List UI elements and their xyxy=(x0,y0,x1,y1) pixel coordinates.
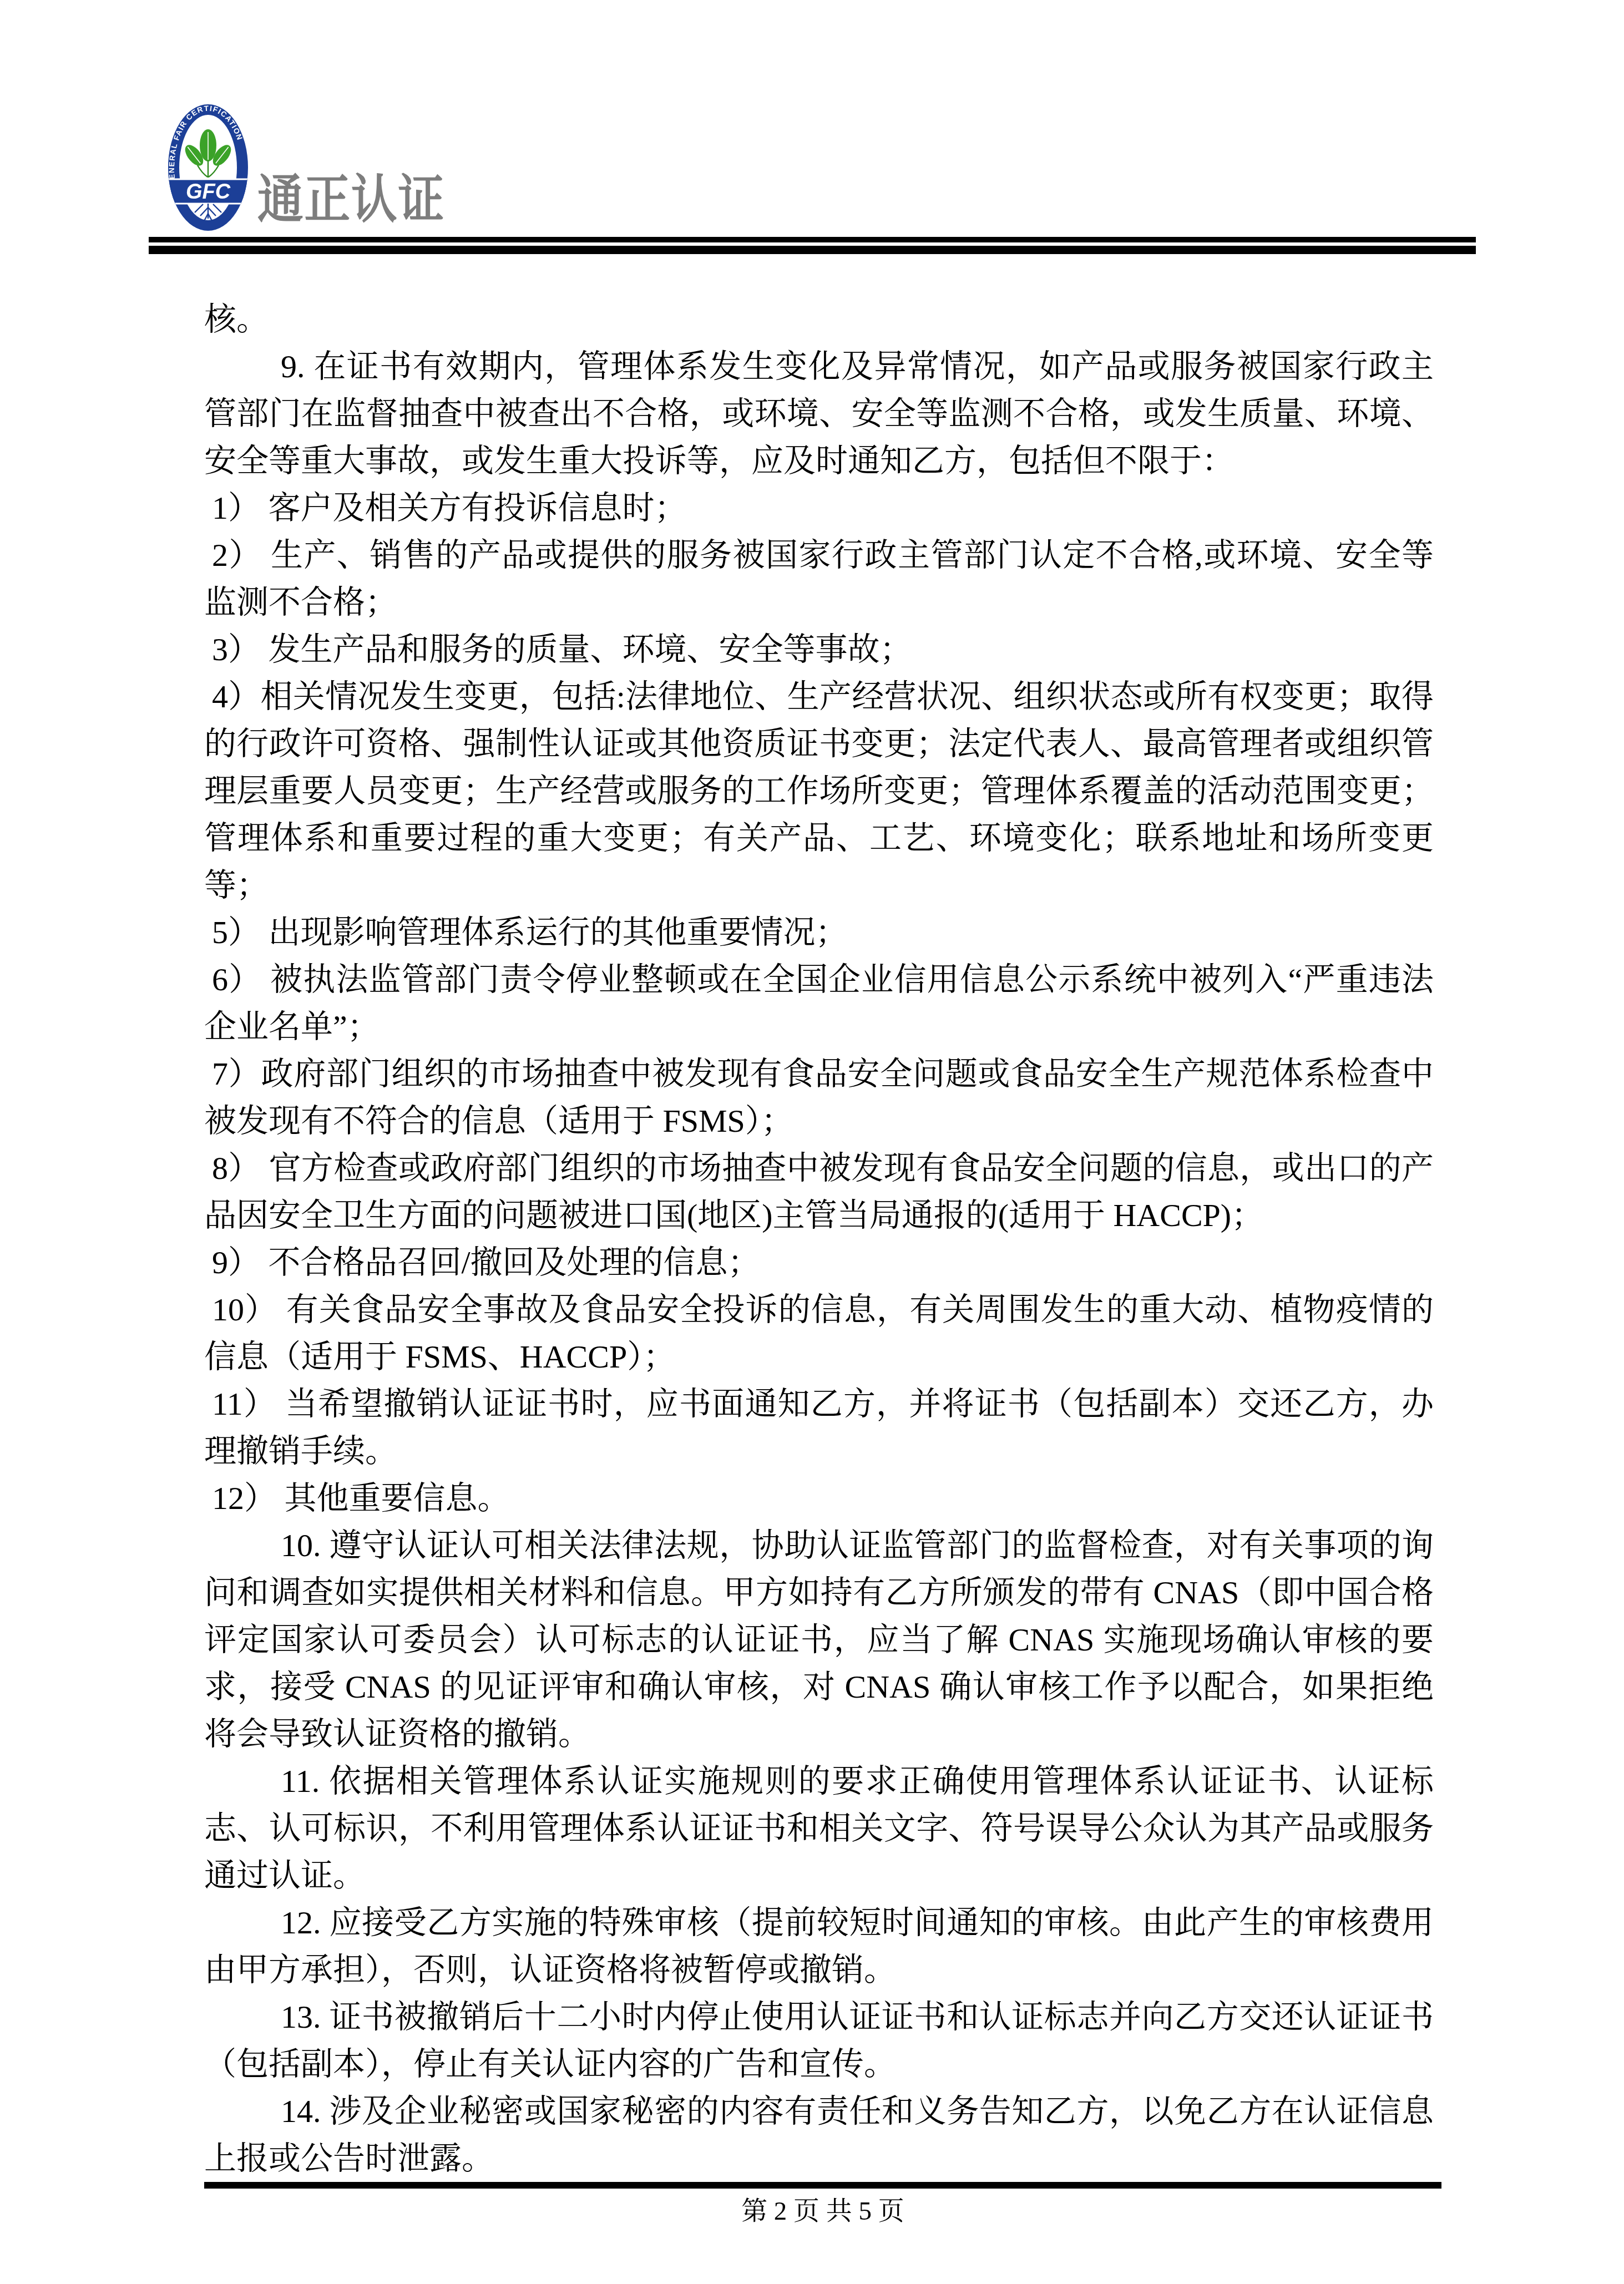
paragraph: 14. 涉及企业秘密或国家秘密的内容有责任和义务告知乙方，以免乙方在认证信息上报… xyxy=(204,2088,1434,2182)
list-item: 6） 被执法监管部门责令停业整顿或在全国企业信用信息公示系统中被列入“严重违法企… xyxy=(204,956,1434,1050)
list-item: 9） 不合格品召回/撤回及处理的信息； xyxy=(204,1239,1434,1286)
paragraph: 9. 在证书有效期内，管理体系发生变化及异常情况，如产品或服务被国家行政主管部门… xyxy=(204,343,1434,484)
header-divider-bottom-line xyxy=(149,246,1476,254)
list-item: 12） 其他重要信息。 xyxy=(204,1475,1434,1522)
list-item: 7）政府部门组织的市场抽查中被发现有食品安全问题或食品安全生产规范体系检查中被发… xyxy=(204,1050,1434,1144)
paragraph: 核。 xyxy=(204,296,1434,343)
list-item: 8） 官方检查或政府部门组织的市场抽查中被发现有食品安全问题的信息，或出口的产品… xyxy=(204,1144,1434,1239)
company-logo: GENERAL FAIR CERTIFICATION GFC xyxy=(168,103,249,232)
document-body: 核。9. 在证书有效期内，管理体系发生变化及异常情况，如产品或服务被国家行政主管… xyxy=(204,296,1434,2182)
paragraph: 12. 应接受乙方实施的特殊审核（提前较短时间通知的审核。由此产生的审核费用由甲… xyxy=(204,1899,1434,1993)
page-number: 第 2 页 共 5 页 xyxy=(204,2195,1441,2228)
list-item: 11） 当希望撤销认证证书时，应书面通知乙方，并将证书（包括副本）交还乙方，办理… xyxy=(204,1380,1434,1475)
page: { "page": { "width": 2927, "height": 411… xyxy=(0,0,1624,2284)
list-item: 5） 出现影响管理体系运行的其他重要情况； xyxy=(204,909,1434,956)
list-item: 1） 客户及相关方有投诉信息时； xyxy=(204,484,1434,531)
page-header: GENERAL FAIR CERTIFICATION GFC xyxy=(0,0,1624,261)
brand-name: 通正认证 xyxy=(257,171,445,228)
header-divider-top-line xyxy=(149,237,1476,242)
paragraph: 10. 遵守认证认可相关法律法规，协助认证监管部门的监督检查，对有关事项的询问和… xyxy=(204,1522,1434,1758)
paragraph: 11. 依据相关管理体系认证实施规则的要求正确使用管理体系认证证书、认证标志、认… xyxy=(204,1758,1434,1899)
header-divider xyxy=(149,237,1476,254)
logo-acronym: GFC xyxy=(186,180,231,204)
list-item: 10） 有关食品安全事故及食品安全投诉的信息，有关周围发生的重大动、植物疫情的信… xyxy=(204,1286,1434,1380)
footer-divider xyxy=(204,2182,1441,2189)
paragraph: 13. 证书被撤销后十二小时内停止使用认证证书和认证标志并向乙方交还认证证书（包… xyxy=(204,1993,1434,2088)
list-item: 3） 发生产品和服务的质量、环境、安全等事故； xyxy=(204,626,1434,673)
list-item: 4）相关情况发生变更，包括:法律地位、生产经营状况、组织状态或所有权变更；取得的… xyxy=(204,673,1434,909)
list-item: 2） 生产、销售的产品或提供的服务被国家行政主管部门认定不合格,或环境、安全等监… xyxy=(204,531,1434,626)
